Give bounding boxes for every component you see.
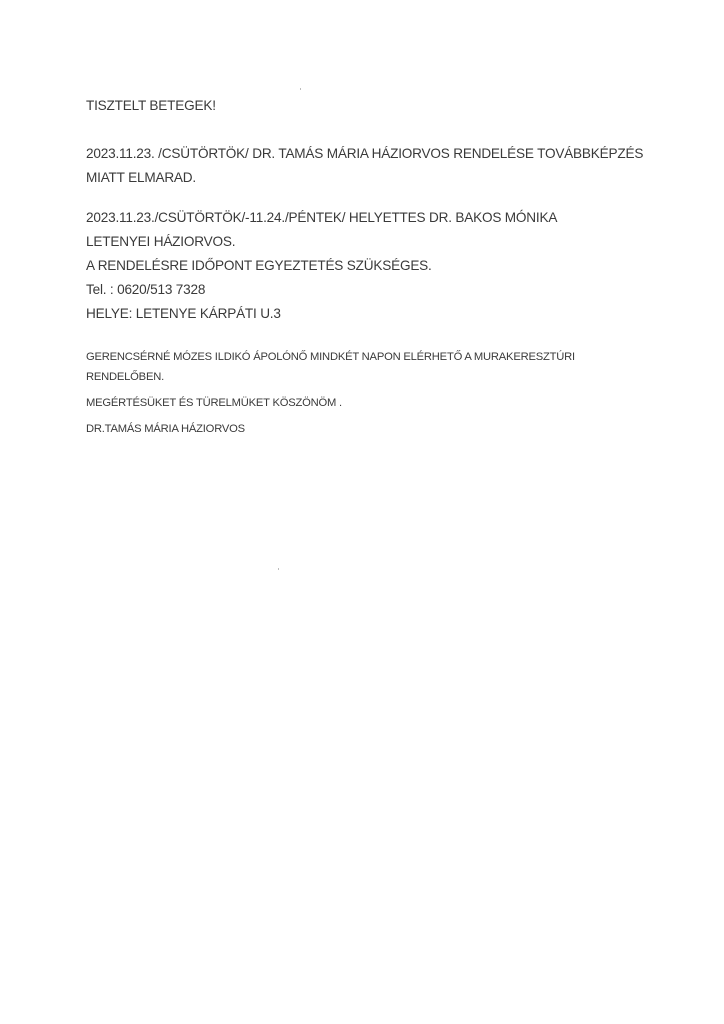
substitute-line-2: LETENYEI HÁZIORVOS.	[86, 234, 235, 249]
document-page: TISZTELT BETEGEK! 2023.11.23. /CSÜTÖRTÖK…	[0, 0, 724, 1024]
nurse-note-line-1: GERENCSÉRNÉ MÓZES ILDIKÓ ÁPOLÓNŐ MINDKÉT…	[86, 351, 575, 363]
scan-speck	[278, 568, 279, 570]
location: HELYE: LETENYE KÁRPÁTI U.3	[86, 306, 281, 321]
signature: DR.TAMÁS MÁRIA HÁZIORVOS	[86, 423, 245, 435]
substitute-line-1: 2023.11.23./CSÜTÖRTÖK/-11.24./PÉNTEK/ HE…	[86, 210, 557, 225]
scan-speck	[300, 88, 301, 90]
cancellation-line-2: MIATT ELMARAD.	[86, 170, 196, 185]
thanks-text: MEGÉRTÉSÜKET ÉS TÜRELMÜKET KÖSZÖNÖM .	[86, 397, 342, 409]
cancellation-line-1: 2023.11.23. /CSÜTÖRTÖK/ DR. TAMÁS MÁRIA …	[86, 146, 643, 161]
appointment-note: A RENDELÉSRE IDŐPONT EGYEZTETÉS SZÜKSÉGE…	[86, 258, 432, 273]
phone-number: Tel. : 0620/513 7328	[86, 282, 205, 297]
nurse-note-line-2: RENDELŐBEN.	[86, 371, 164, 383]
greeting: TISZTELT BETEGEK!	[86, 98, 216, 113]
